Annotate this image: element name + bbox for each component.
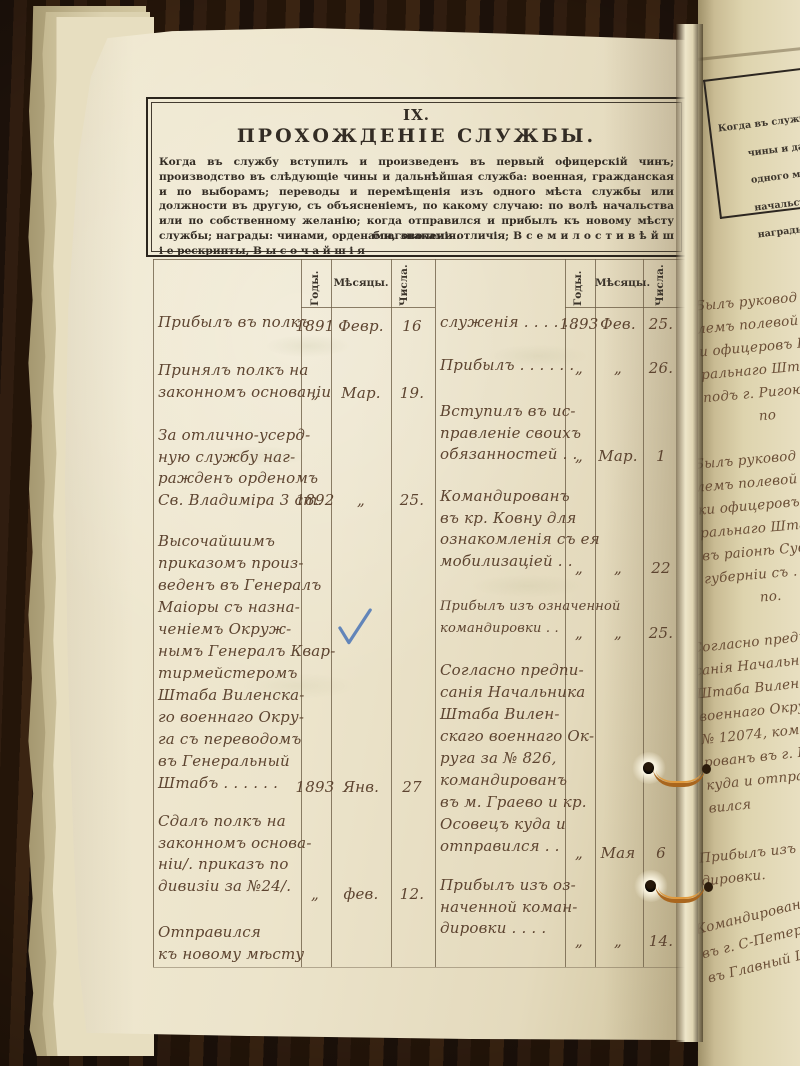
service-entry-day: 25. xyxy=(649,623,673,645)
table-line xyxy=(153,259,154,967)
page-title: ПРОХОЖДЕНІЕ СЛУЖБЫ. xyxy=(148,125,685,147)
left-page: IX. ПРОХОЖДЕНІЕ СЛУЖБЫ. Когда въ службу … xyxy=(58,26,692,1040)
column-header-days: Числа. xyxy=(654,262,666,306)
service-entry-month: фев. xyxy=(344,884,379,906)
next-page: Когда въ службу вступи чины и дальнѣйшая… xyxy=(698,0,800,1066)
column-header-days: Числа. xyxy=(398,262,410,306)
service-entry: Высочайшимъ приказомъ произ- веденъ въ Г… xyxy=(158,530,335,794)
service-entry: Прибылъ изъ означенной командировки . . xyxy=(440,596,621,639)
service-entry-month: Мая xyxy=(601,843,636,865)
service-entry-day: 25. xyxy=(400,490,424,512)
fragment-line: одного мѣста службы и xyxy=(750,159,800,186)
table-line xyxy=(435,259,436,967)
service-entry-day: 27 xyxy=(402,777,422,799)
fragment-line: начальства или по собств xyxy=(754,185,800,214)
next-page-header-box: Когда въ службу вступи чины и дальнѣйшая… xyxy=(703,65,800,219)
service-entry-month: „ xyxy=(357,490,365,512)
photo-scene: IX. ПРОХОЖДЕНІЕ СЛУЖБЫ. Когда въ службу … xyxy=(0,0,800,1066)
table-line xyxy=(643,259,644,967)
service-entry-month: „ xyxy=(614,358,622,380)
service-entry-day: 16 xyxy=(402,316,422,338)
service-entry-year: 1893 xyxy=(296,777,335,799)
next-page-entry: Былъ руковод лемъ полевой к и офицеровъ … xyxy=(698,285,800,433)
service-entry-month: „ xyxy=(614,623,622,645)
section-header-box: IX. ПРОХОЖДЕНІЕ СЛУЖБЫ. Когда въ службу … xyxy=(146,97,687,257)
service-entry-year: „ xyxy=(575,623,583,645)
section-description-last-line: благоволенія. xyxy=(148,230,685,242)
next-page-entry: Былъ руковод лемъ полевой п ки офицеровъ… xyxy=(698,443,800,615)
binding-hole xyxy=(704,882,713,892)
service-entry: Прибылъ въ полкъ xyxy=(158,312,310,334)
service-entry-day: 14. xyxy=(649,931,673,953)
service-entry-month: „ xyxy=(614,558,622,580)
service-entry-year: „ xyxy=(575,446,583,468)
service-entry-day: 12. xyxy=(400,884,424,906)
service-entry-year: „ xyxy=(575,843,583,865)
service-entry-month: Февр. xyxy=(338,316,383,338)
service-entry-day: 6 xyxy=(656,843,666,865)
next-page-top-edge xyxy=(698,45,800,61)
service-entry-month: Мар. xyxy=(341,383,380,405)
service-entry-day: 25. xyxy=(649,314,673,336)
binding-hole xyxy=(702,764,711,774)
section-description: Когда въ службу вступилъ и произведенъ в… xyxy=(159,155,674,259)
service-entry-year: „ xyxy=(311,884,319,906)
blue-checkmark xyxy=(336,604,375,650)
next-page-header-text: Когда въ службу вступи чины и дальнѣйшая… xyxy=(717,101,800,246)
service-entry-month: „ xyxy=(614,931,622,953)
column-header-years: Годы. xyxy=(309,264,321,306)
service-entry: Прибылъ . . . . . . xyxy=(440,355,574,377)
service-entry-day: 22 xyxy=(651,558,671,580)
table-top-border xyxy=(153,259,685,260)
section-number: IX. xyxy=(148,106,685,124)
service-entry: Прибылъ изъ оз- наченной коман- дировки … xyxy=(440,875,578,940)
column-header-months: Мѣсяцы. xyxy=(331,277,391,289)
table-line xyxy=(391,259,392,967)
service-entry-month: Янв. xyxy=(343,777,379,799)
service-entry: служенія . . . . . . xyxy=(440,312,578,334)
service-entry-year: „ xyxy=(575,931,583,953)
next-page-entry: Командированъ въ г. С-Петербургъ въ Глав… xyxy=(698,884,800,992)
service-entry: Вступилъ въ ис- правленіе своихъ обязанн… xyxy=(440,401,581,466)
table-header-underline xyxy=(565,307,685,308)
service-entry-day: 1 xyxy=(656,446,666,468)
service-entry-year: 1893 xyxy=(560,314,599,336)
service-entry: Сдалъ полкъ на законномъ основа- ніи/. п… xyxy=(158,811,312,897)
service-entry-year: „ xyxy=(311,383,319,405)
service-entry-month: Мар. xyxy=(598,446,637,468)
table-header-underline xyxy=(301,307,435,308)
fragment-line: Когда въ службу вступи xyxy=(717,107,800,134)
column-header-years: Годы. xyxy=(572,264,584,306)
service-entry: Отправился къ новому мѣсту xyxy=(158,922,304,965)
next-page-entry: Согласно предпи санія Начальника Штаба В… xyxy=(698,623,800,820)
service-entry-year: „ xyxy=(575,558,583,580)
fragment-line: награды: чинами, орденам xyxy=(757,212,800,241)
column-header-months: Мѣсяцы. xyxy=(595,277,643,289)
service-entry-day: 26. xyxy=(649,358,673,380)
next-page-entry: Прибылъ изъ коман дировки. xyxy=(698,832,800,893)
fragment-line: чины и дальнѣйшая слу xyxy=(747,131,800,158)
service-entry-day: 19. xyxy=(400,383,424,405)
table-bottom-border xyxy=(153,967,685,968)
service-entry-year: 1891 xyxy=(296,316,335,338)
service-entry: Принялъ полкъ на законномъ основаніи xyxy=(158,360,331,403)
service-entry-year: 1892 xyxy=(296,490,335,512)
service-entry: Согласно предпи- санія Начальника Штаба … xyxy=(440,659,594,857)
service-entry-year: „ xyxy=(575,358,583,380)
service-entry-month: Фев. xyxy=(600,314,636,336)
